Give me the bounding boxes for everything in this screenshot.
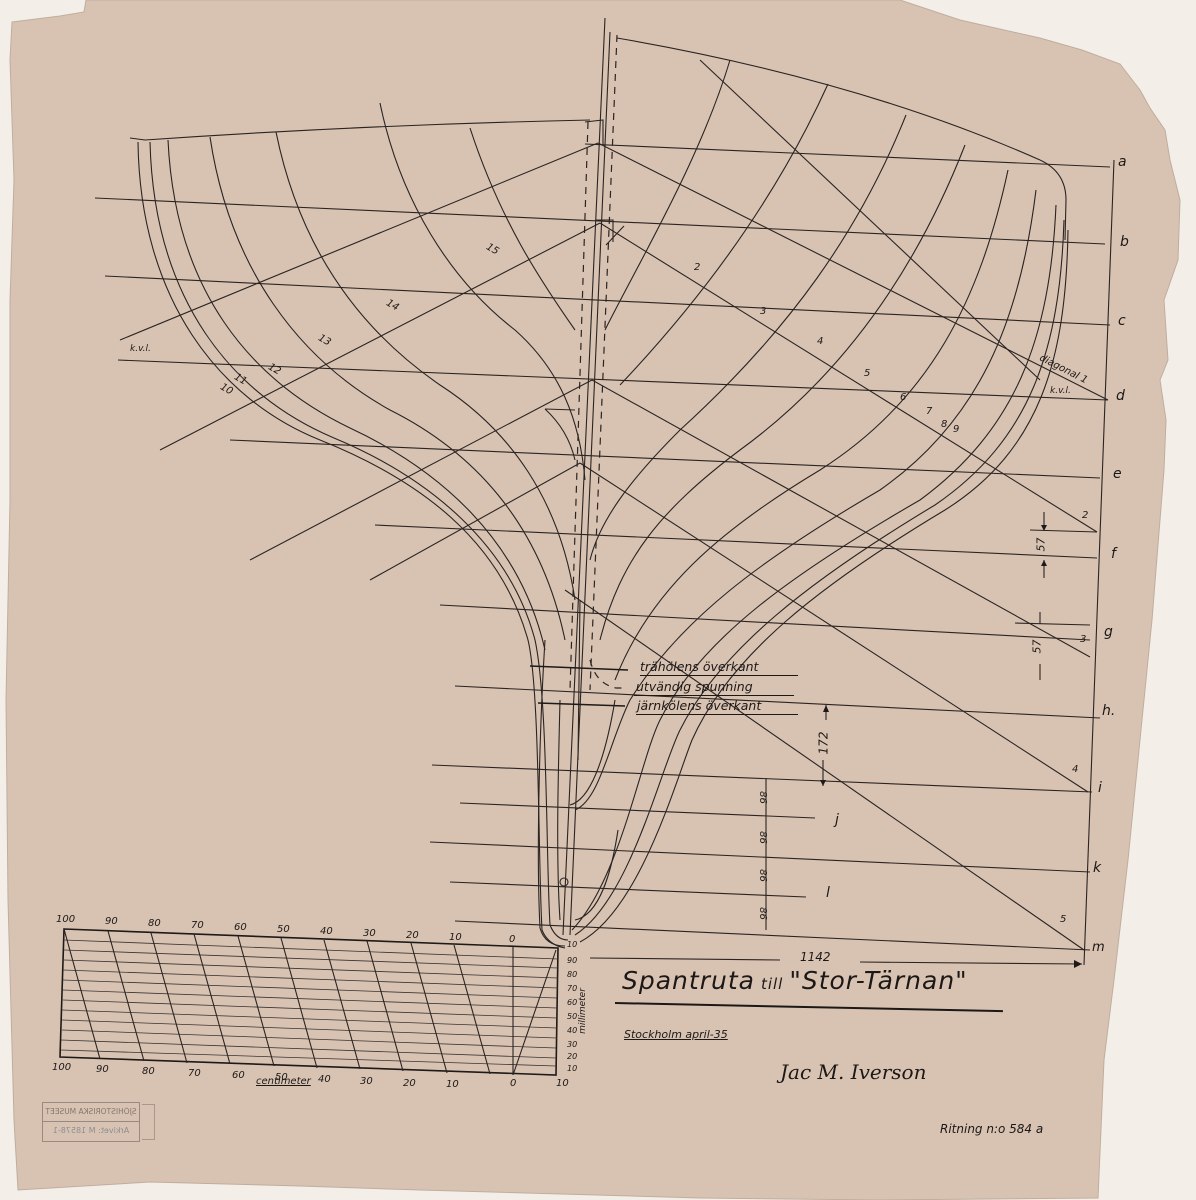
scale-top-50: 50 [277,924,290,935]
diagonal-label-4: 4 [1072,764,1078,775]
waterline-label-l: l [826,885,830,901]
scale-bottom-80: 80 [142,1066,155,1077]
lines-plan-drawing [0,0,1196,1200]
scale-bottom-30: 30 [360,1076,373,1087]
scale-top-40: 40 [320,926,333,937]
label-outer-rabbet: utvändig spunning [636,679,753,694]
diagonal-label-3: 3 [1080,634,1086,645]
dim-86-4: 86 [757,907,768,920]
scale-bottom-0: 0 [510,1078,516,1089]
scale-bottom-40: 40 [318,1074,331,1085]
scale-top-0: 0 [509,934,515,945]
paper-background [6,0,1180,1200]
scale-unit-centimeter: centimeter [256,1076,311,1087]
scale-top-30: 30 [363,928,376,939]
frame-label-3: 3 [760,306,766,317]
waterline-label-f: f [1111,546,1116,562]
scale-top-10: 10 [449,932,462,943]
museum-stamp: SJÖHISTORISKA MUSEET Arkivet: M 18578-1 [42,1102,140,1142]
frame-label-9: 9 [953,424,959,435]
frame-label-8: 8 [941,419,947,430]
title-main: Spantruta [622,966,755,995]
scale-top-80: 80 [148,918,161,929]
drawing-number: Ritning n:o 584 a [940,1122,1043,1136]
waterline-label-d: d [1116,388,1125,404]
scale-right-10-top: 10 [567,940,577,949]
waterline-label-h: h. [1102,703,1115,719]
scale-top-70: 70 [191,920,204,931]
diagonal-label-2: 2 [1082,510,1088,521]
scale-bottom-70: 70 [188,1068,201,1079]
waterline-label-e: e [1113,466,1122,482]
scale-unit-millimeter: millimeter [578,988,588,1034]
dim-57-lower: 57 [1031,640,1044,654]
kvl-label-left: k.v.l. [130,344,151,354]
kvl-label-right: k.v.l. [1050,386,1071,396]
frame-label-6: 6 [900,392,906,403]
scale-top-60: 60 [234,922,247,933]
place-date: Stockholm april-35 [624,1028,728,1041]
waterline-label-g: g [1104,624,1113,640]
dim-86-3: 86 [757,869,768,882]
vessel-name: "Stor-Tärnan" [789,966,967,995]
scale-right-10: 10 [567,1064,577,1073]
scale-bottom-10-right: 10 [556,1078,569,1089]
underline [636,714,798,715]
dim-1142: 1142 [800,950,831,964]
stamp-line-1: SJÖHISTORISKA MUSEET [43,1103,139,1122]
waterline-label-m: m [1092,940,1105,955]
title-connector: till [761,975,783,993]
scale-bottom-10: 10 [446,1079,459,1090]
scale-bottom-20: 20 [403,1078,416,1089]
scale-right-70: 70 [567,984,577,993]
scale-right-40: 40 [567,1026,577,1035]
label-iron-keel-top: järnkölens överkant [637,698,761,713]
scale-right-80: 80 [567,970,577,979]
frame-label-7: 7 [926,406,932,417]
waterline-label-c: c [1118,313,1126,329]
dim-172: 172 [816,732,830,755]
underline [634,695,794,696]
label-wood-keel-top: trähölens överkant [640,659,758,674]
scale-bottom-90: 90 [96,1064,109,1075]
drawing-title: Spantrutatill"Stor-Tärnan" [622,966,968,995]
stamp-line-2: Arkivet: M 18578-1 [43,1122,139,1140]
stamp-tab [142,1104,155,1140]
frame-label-2: 2 [694,262,700,273]
scale-top-20: 20 [406,930,419,941]
frame-label-5: 5 [864,368,870,379]
waterline-label-j: j [835,812,839,828]
underline [640,675,798,676]
dim-86-1: 86 [757,791,768,804]
waterline-label-b: b [1120,234,1129,250]
scale-right-30: 30 [567,1040,577,1049]
dim-86-2: 86 [757,831,768,844]
scale-right-60: 60 [567,998,577,1007]
scale-bottom-100: 100 [52,1062,71,1073]
drawing-sheet: Spantrutatill"Stor-Tärnan" Stockholm apr… [0,0,1196,1200]
signature: Jac M. Iverson [780,1060,926,1084]
scale-bottom-60: 60 [232,1070,245,1081]
dim-57-upper: 57 [1035,538,1048,552]
frame-label-4: 4 [817,336,823,347]
diagonal-label-5: 5 [1060,914,1066,925]
scale-top-100: 100 [56,914,75,925]
waterline-label-i: i [1098,780,1102,796]
waterline-label-k: k [1093,860,1101,876]
scale-right-50: 50 [567,1012,577,1021]
scale-right-90: 90 [567,956,577,965]
scale-top-90: 90 [105,916,118,927]
waterline-label-a: a [1118,154,1127,170]
scale-right-20: 20 [567,1052,577,1061]
